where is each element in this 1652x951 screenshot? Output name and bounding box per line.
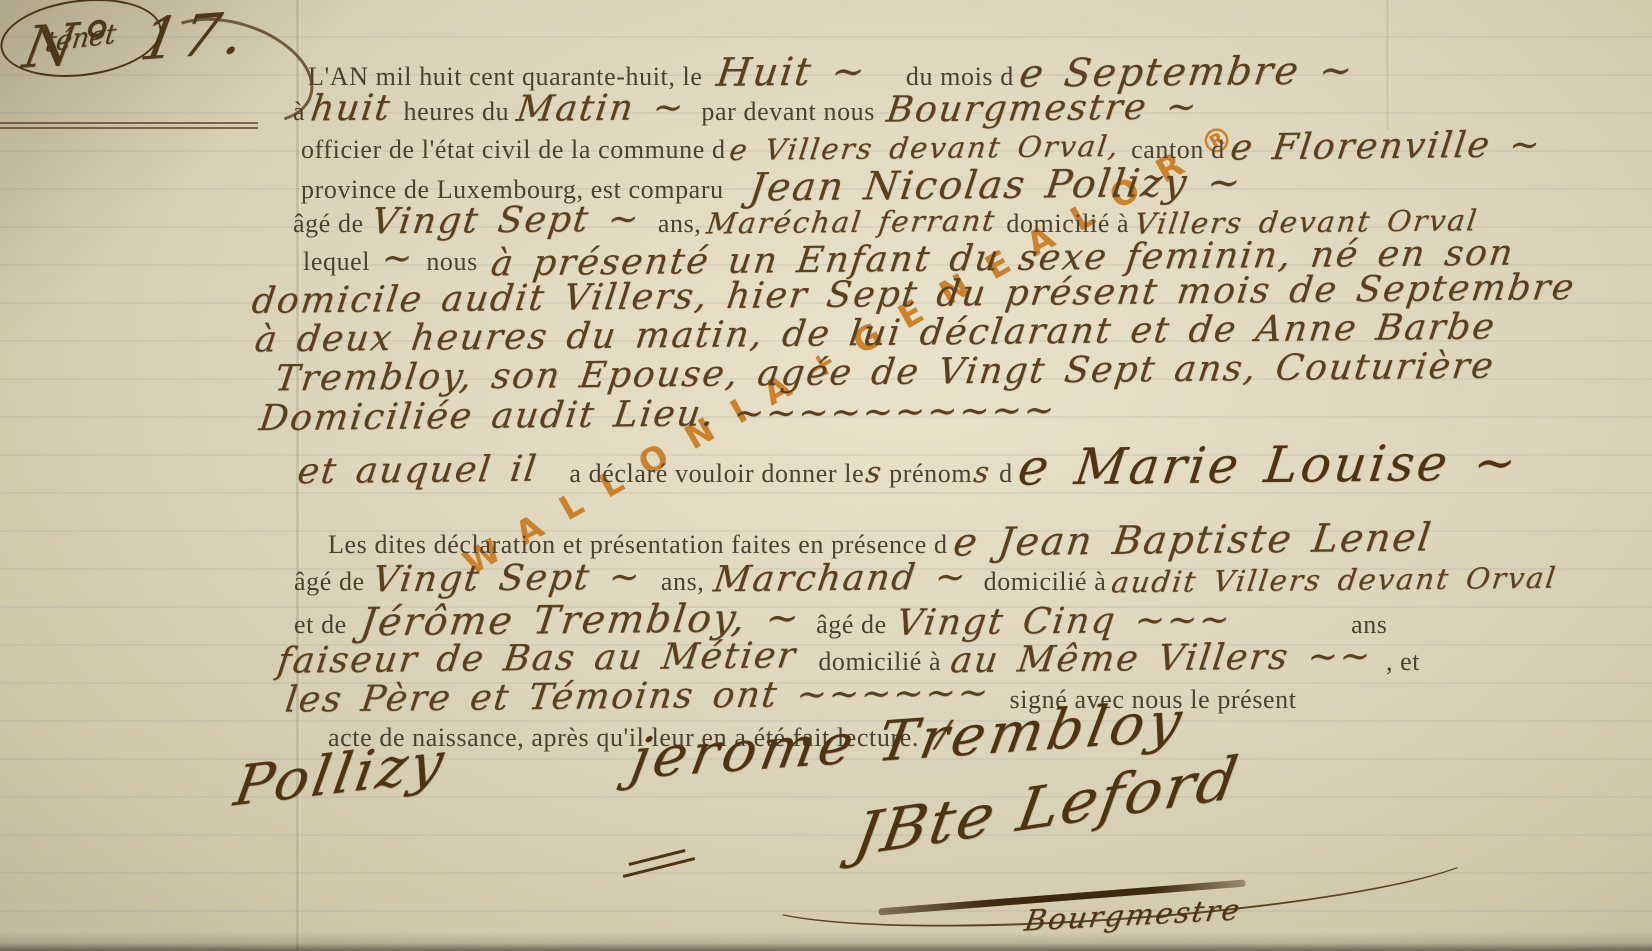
- margin-double-rule: [0, 122, 258, 129]
- handwritten-official-title: Bourgmestre ~: [884, 86, 1201, 130]
- printed-text: âgé de: [293, 209, 364, 239]
- handwritten-time-of-day: Matin ~: [514, 87, 688, 130]
- vertical-fold-crease-right: [1386, 0, 1389, 130]
- form-line: Trembloy, son Epouse, agée de Vingt Sept…: [276, 352, 1494, 393]
- paraph-flourish: [623, 857, 696, 878]
- handwritten-plural-s: s: [864, 455, 885, 489]
- printed-text: lequel: [303, 247, 370, 277]
- printed-text: heures du: [404, 97, 510, 127]
- printed-text: prénom: [889, 459, 972, 489]
- handwritten-body-text: Domiciliée audit Lieu. ~~~~~~~~~~: [257, 390, 1059, 439]
- handwritten-witness2-domicile: au Même Villers ~~: [948, 636, 1375, 681]
- printed-text: à: [293, 97, 305, 127]
- handwritten-hour: huit: [308, 88, 394, 130]
- printed-text: nous: [426, 247, 478, 277]
- printed-text: Les dites déclaration et présentation fa…: [328, 530, 948, 560]
- printed-text: domicilié à: [984, 567, 1107, 597]
- form-line: Domiciliée audit Lieu. ~~~~~~~~~~: [260, 394, 1056, 435]
- printed-text: a déclaré vouloir donner le: [569, 459, 864, 489]
- form-line: à huit heures du Matin ~ par devant nous…: [293, 88, 1198, 129]
- printed-text: et de: [294, 610, 347, 640]
- handwritten-plural-s: s: [972, 455, 993, 489]
- form-line: Les dites déclaration et présentation fa…: [328, 518, 1431, 563]
- handwritten-witness1-domicile: audit Villers devant Orval: [1110, 561, 1560, 600]
- printed-text: , et: [1386, 647, 1420, 677]
- printed-text: domicilié à: [1006, 209, 1129, 239]
- handwritten-child-name: e Marie Louise ~: [1015, 433, 1523, 496]
- form-line: officier de l'état civil de la commune d…: [301, 126, 1541, 167]
- form-line: et auquel il a déclaré vouloir donner le…: [298, 436, 1518, 494]
- printed-text: âgé de: [294, 567, 365, 597]
- printed-text: ans,: [661, 567, 705, 597]
- handwritten-canton: e Florenville ~: [1228, 124, 1544, 168]
- printed-text: d: [999, 459, 1013, 489]
- handwritten-flourish: ~: [379, 238, 417, 279]
- form-line: âgé de Vingt Sept ~ ans, Marchand ~ domi…: [294, 558, 1557, 599]
- signature-father: Pollizy: [230, 730, 451, 819]
- printed-text: par devant nous: [701, 97, 875, 127]
- handwritten-witness1-profession: Marchand ~: [712, 557, 971, 601]
- form-line: et de Jérôme Trembloy, ~ âgé de Vingt Ci…: [294, 598, 1388, 643]
- printed-text: ans,: [658, 209, 702, 239]
- handwritten-profession: Maréchal ferrant: [705, 203, 999, 240]
- handwritten-body-text: et auquel il: [295, 449, 540, 493]
- scan-edge-shadow: [0, 943, 1652, 951]
- printed-text: âgé de: [816, 610, 887, 640]
- handwritten-commune: e Villers devant Orval,: [727, 129, 1121, 167]
- handwritten-age: Vingt Sept ~: [369, 199, 643, 243]
- handwritten-witness1-age: Vingt Sept ~: [370, 557, 644, 601]
- printed-text: officier de l'état civil de la commune d: [301, 135, 726, 165]
- scanned-birth-record: N° 17. WALLONIA+GENEALOR® L'AN mil huit …: [0, 0, 1652, 951]
- signature-paraph-text: ténet: [44, 18, 118, 58]
